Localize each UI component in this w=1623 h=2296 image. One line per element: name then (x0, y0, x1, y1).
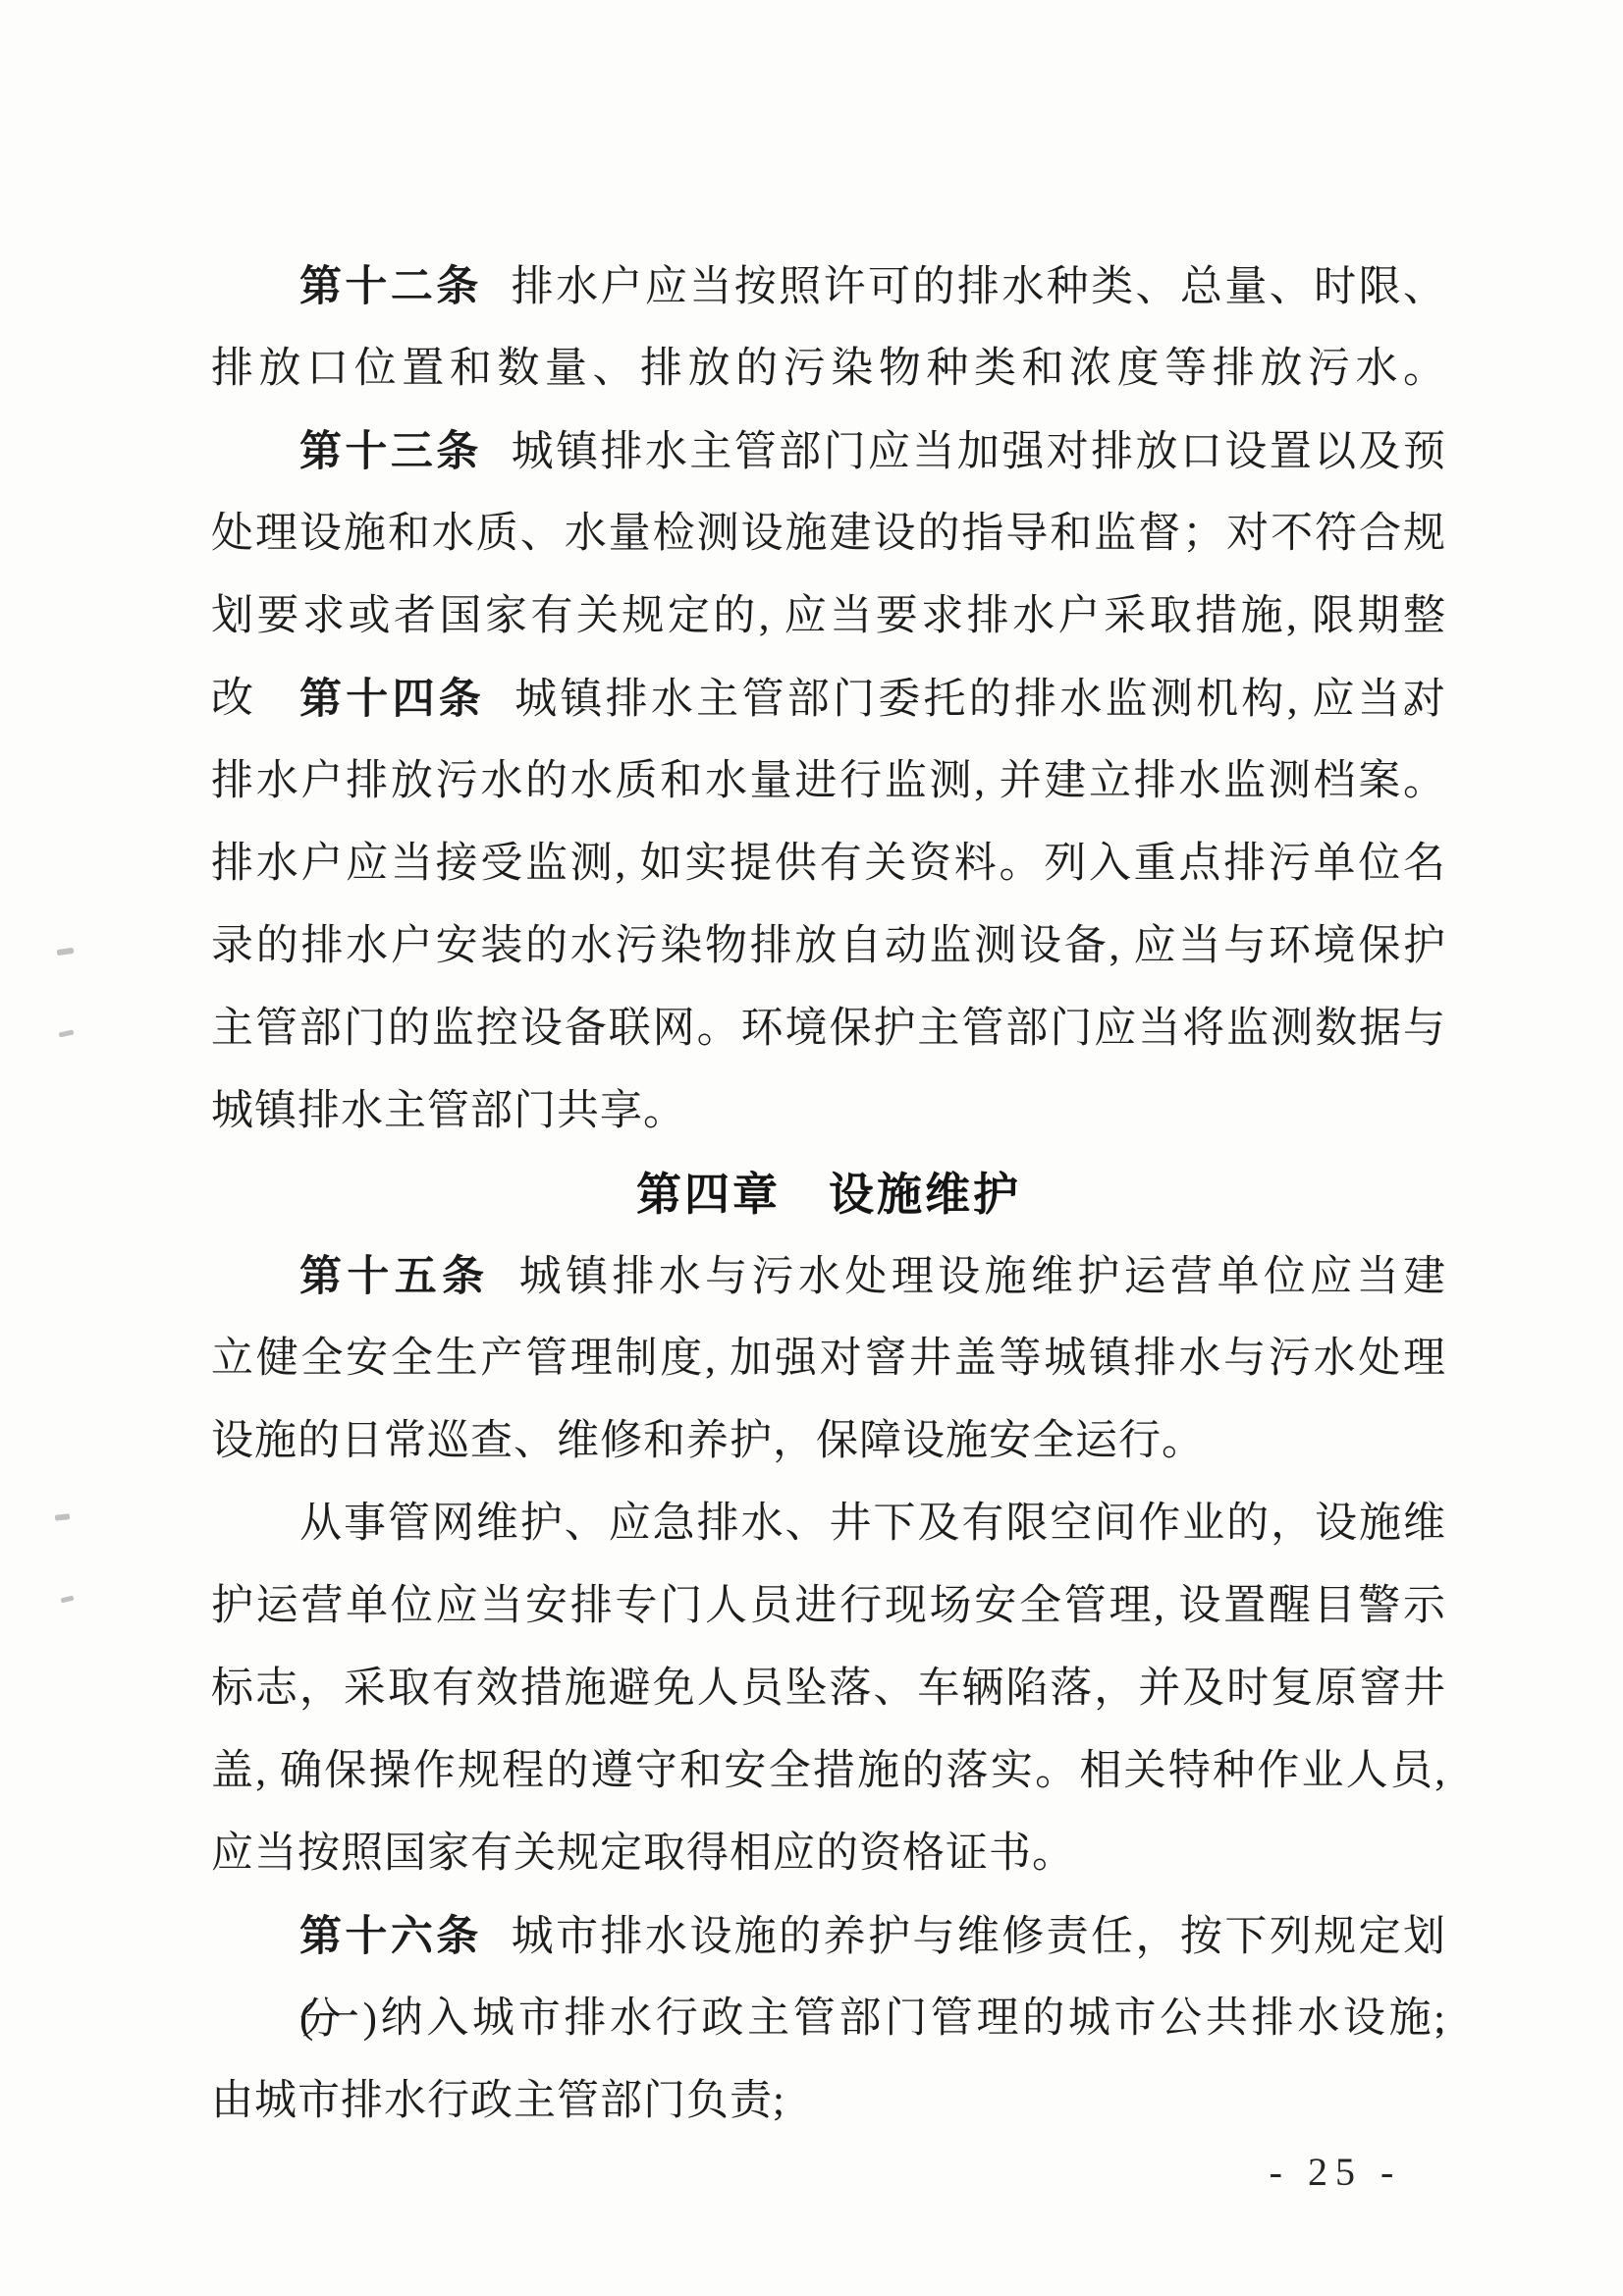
document-page: 第十二条排水户应当按照许可的排水种类、总量、时限、 排放口位置和数量、排放的污染… (0, 0, 1623, 2296)
text-run: (一)纳入城市排水行政主管部门管理的城市公共排水设施, (299, 1995, 1446, 2042)
text-run: 处理设施和水质、水量检测设施建设的指导和监督；对不符合规 (211, 511, 1446, 557)
text-run: 排水户排放污水的水质和水量进行监测, 并建立排水监测档案。 (211, 758, 1446, 804)
text-line: 设施的日常巡查、维修和养护，保障设施安全运行。 (211, 1400, 1446, 1483)
text-run: 排水户应当按照许可的排水种类、总量、时限、 (512, 264, 1446, 310)
text-run: 主管部门的监控设备联网。环境保护主管部门应当将监测数据与 (211, 1006, 1446, 1052)
text-run: 城镇排水主管部门委托的排水监测机构, 应当对 (514, 677, 1446, 723)
text-line: 排水户应当接受监测, 如实提供有关资料。列入重点排污单位名 (211, 823, 1446, 905)
chapter-heading: 第四章 设施维护 (211, 1153, 1446, 1235)
text-line: 第十六条城市排水设施的养护与维修责任，按下列规定划分: (211, 1895, 1446, 1978)
text-line: 录的排水户安装的水污染物排放自动监测设备, 应当与环境保护 (211, 905, 1446, 988)
text-line: 第十二条排水户应当按照许可的排水种类、总量、时限、 (211, 246, 1446, 328)
text-run: 从事管网维护、应急排水、井下及有限空间作业的，设施维 (299, 1501, 1446, 1547)
page-number: - 25 - (1257, 2149, 1414, 2195)
text-run: 城镇排水主管部门应当加强对排放口设置以及预 (512, 429, 1446, 475)
article-number: 第十四条 (299, 676, 485, 723)
text-run: 应当按照国家有关规定取得相应的资格证书。 (211, 1831, 1075, 1877)
text-line: 处理设施和水质、水量检测设施建设的指导和监督；对不符合规 (211, 493, 1446, 575)
article-number: 第十二条 (299, 263, 482, 310)
scan-artifact-dash (61, 1596, 75, 1604)
text-run: 由城市排水行政主管部门负责; (211, 2078, 785, 2124)
text-line: 排放口位置和数量、排放的污染物种类和浓度等排放污水。 (211, 328, 1446, 410)
article-number: 第十六条 (299, 1913, 482, 1960)
text-run: 城镇排水主管部门共享。 (211, 1088, 686, 1134)
article-number: 第十五条 (299, 1253, 490, 1300)
text-line: 由城市排水行政主管部门负责; (211, 2060, 1446, 2143)
scan-artifact-dash (57, 948, 75, 956)
text-line: (一)纳入城市排水行政主管部门管理的城市公共排水设施, (211, 1978, 1446, 2060)
text-run: 盖, 确保操作规程的遵守和安全措施的落实。相关特种作业人员, (211, 1748, 1446, 1794)
text-line: 立健全安全生产管理制度, 加强对窨井盖等城镇排水与污水处理 (211, 1318, 1446, 1400)
text-line: 标志，采取有效措施避免人员坠落、车辆陷落，并及时复原窨井 (211, 1648, 1446, 1730)
text-line: 城镇排水主管部门共享。 (211, 1070, 1446, 1153)
text-line: 排水户排放污水的水质和水量进行监测, 并建立排水监测档案。 (211, 740, 1446, 823)
text-run: 标志，采取有效措施避免人员坠落、车辆陷落，并及时复原窨井 (211, 1666, 1446, 1712)
text-run: 护运营单位应当安排专门人员进行现场安全管理, 设置醒目警示 (211, 1583, 1446, 1629)
text-run: 城镇排水与污水处理设施维护运营单位应当建 (519, 1254, 1446, 1300)
text-run: 录的排水户安装的水污染物排放自动监测设备, 应当与环境保护 (211, 923, 1446, 969)
text-run: 排水户应当接受监测, 如实提供有关资料。列入重点排污单位名 (211, 841, 1446, 887)
text-line: 应当按照国家有关规定取得相应的资格证书。 (211, 1813, 1446, 1895)
text-line: 划要求或者国家有关规定的, 应当要求排水户采取措施, 限期整改。 (211, 575, 1446, 658)
scan-artifact-dash (59, 1029, 75, 1037)
text-line: 护运营单位应当安排专门人员进行现场安全管理, 设置醒目警示 (211, 1565, 1446, 1648)
text-line: 第十四条城镇排水主管部门委托的排水监测机构, 应当对 (211, 658, 1446, 740)
text-line: 盖, 确保操作规程的遵守和安全措施的落实。相关特种作业人员, (211, 1730, 1446, 1813)
document-text-block: 第十二条排水户应当按照许可的排水种类、总量、时限、 排放口位置和数量、排放的污染… (211, 246, 1446, 2143)
text-run: 排放口位置和数量、排放的污染物种类和浓度等排放污水。 (211, 346, 1446, 392)
text-run: 设施的日常巡查、维修和养护，保障设施安全运行。 (211, 1418, 1205, 1464)
chapter-heading-text: 第四章 设施维护 (636, 1169, 1021, 1220)
article-number: 第十三条 (299, 428, 482, 475)
text-run: 立健全安全生产管理制度, 加强对窨井盖等城镇排水与污水处理 (211, 1336, 1446, 1382)
scan-artifact-dash (55, 1513, 71, 1521)
text-line: 第十五条城镇排水与污水处理设施维护运营单位应当建 (211, 1235, 1446, 1318)
text-line: 从事管网维护、应急排水、井下及有限空间作业的，设施维 (211, 1483, 1446, 1565)
text-line: 主管部门的监控设备联网。环境保护主管部门应当将监测数据与 (211, 988, 1446, 1070)
text-line: 第十三条城镇排水主管部门应当加强对排放口设置以及预 (211, 410, 1446, 493)
